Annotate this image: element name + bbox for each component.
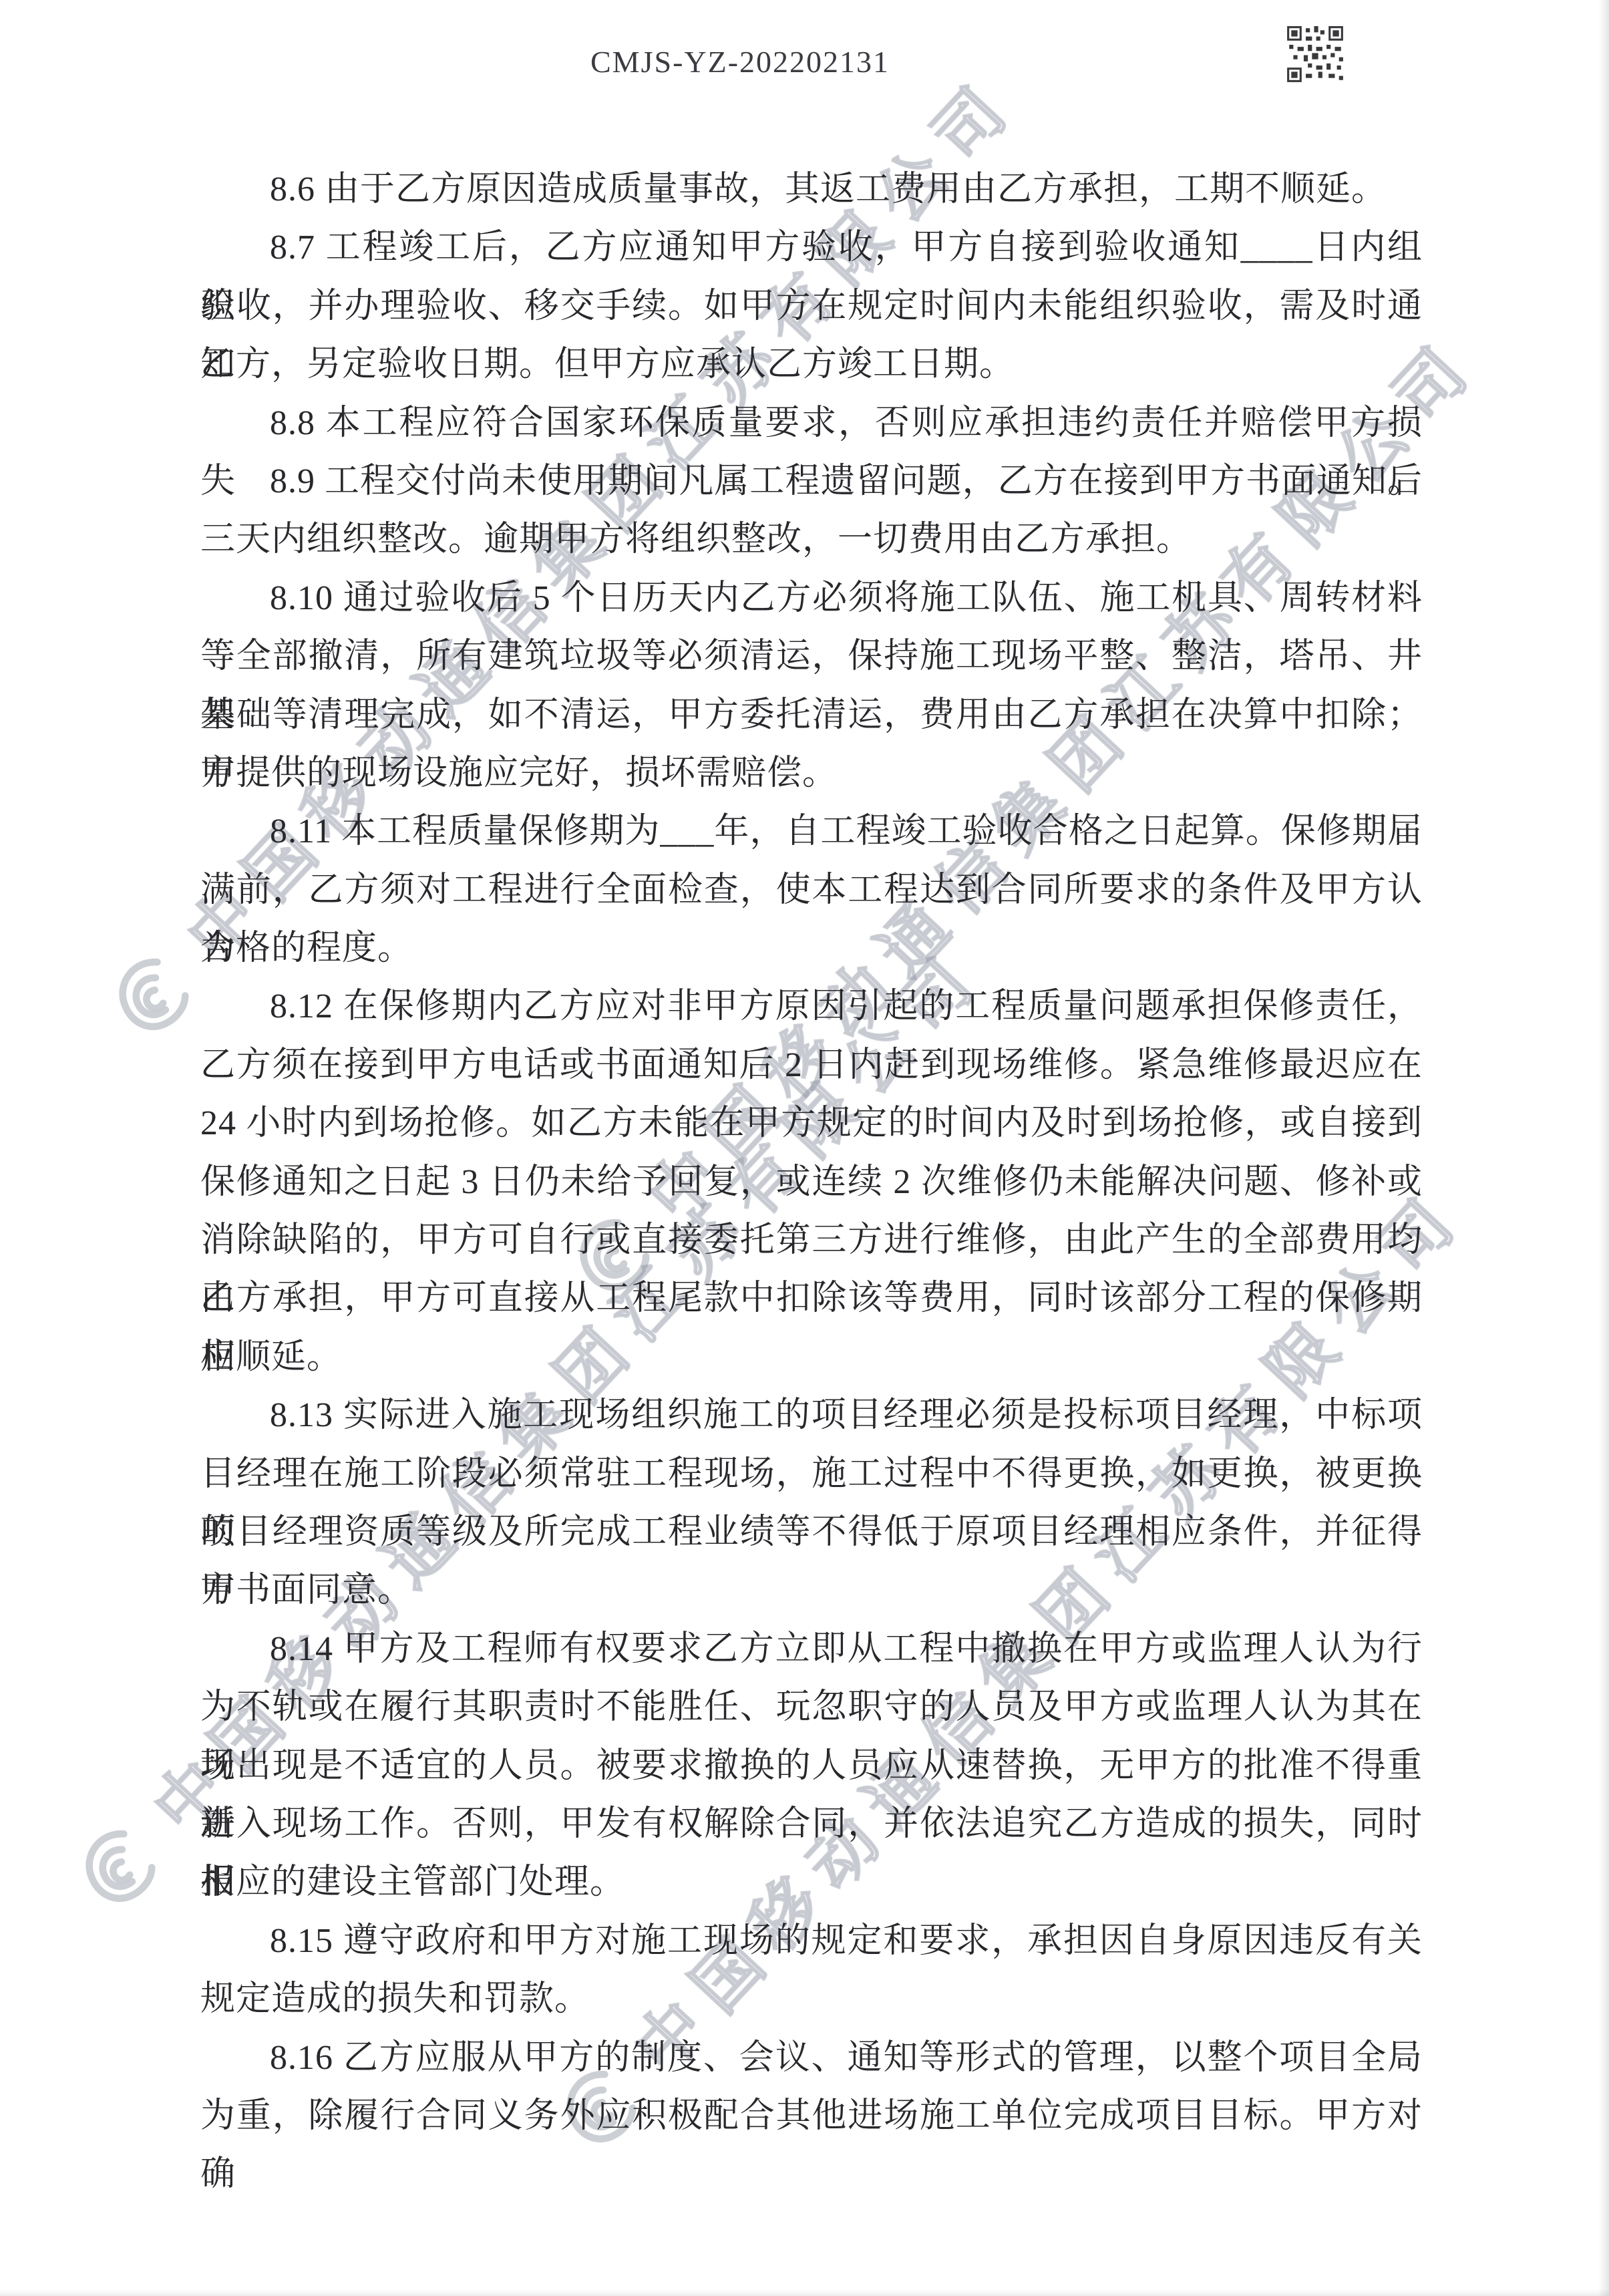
- contract-line: 8.14 甲方及工程师有权要求乙方立即从工程中撤换在甲方或监理人认为行: [200, 1620, 1423, 1678]
- contract-line: 满前，乙方须对工程进行全面检查，使本工程达到合同所要求的条件及甲方认为: [200, 861, 1423, 919]
- contract-line: 场出现是不适宜的人员。被要求撤换的人员应从速替换，无甲方的批准不得重新: [200, 1737, 1423, 1795]
- contract-line: 基础等清理完成，如不清运，甲方委托清运，费用由乙方承担在决算中扣除；甲: [200, 686, 1423, 744]
- contract-line: 8.15 遵守政府和甲方对施工现场的规定和要求，承担因自身原因违反有关: [200, 1912, 1423, 1970]
- contract-line: 等全部撤清，所有建筑垃圾等必须清运，保持施工现场平整、整洁，塔吊、井架: [200, 627, 1423, 685]
- contract-line: 8.11 本工程质量保修期为___年，自工程竣工验收合格之日起算。保修期届: [200, 802, 1423, 860]
- contract-line: 8.12 在保修期内乙方应对非甲方原因引起的工程质量问题承担保修责任，: [200, 977, 1423, 1035]
- contract-line: 乙方须在接到甲方电话或书面通知后 2 日内赶到现场维修。紧急维修最迟应在: [200, 1036, 1423, 1094]
- contract-line: 规定造成的损失和罚款。: [200, 1970, 1423, 2028]
- contract-line: 验收，并办理验收、移交手续。如甲方在规定时间内未能组织验收，需及时通知: [200, 277, 1423, 335]
- contract-line: 8.13 实际进入施工现场组织施工的项目经理必须是投标项目经理，中标项: [200, 1386, 1423, 1444]
- contract-line: 目经理在施工阶段必须常驻工程现场，施工过程中不得更换，如更换，被更换的: [200, 1445, 1423, 1503]
- contract-line: 乙方承担，甲方可直接从工程尾款中扣除该等费用，同时该部分工程的保修期相: [200, 1269, 1423, 1327]
- contract-line: 乙方，另定验收日期。但甲方应承认乙方竣工日期。: [200, 335, 1423, 393]
- contract-line: 方书面同意。: [200, 1561, 1423, 1619]
- contract-line: 8.7 工程竣工后，乙方应通知甲方验收，甲方自接到验收通知____日内组织: [200, 218, 1423, 277]
- contract-line: 8.16 乙方应服从甲方的制度、会议、通知等形式的管理，以整个项目全局: [200, 2029, 1423, 2087]
- contract-line: 三天内组织整改。逾期甲方将组织整改，一切费用由乙方承担。: [200, 510, 1423, 568]
- contract-line: 相应的建设主管部门处理。: [200, 1853, 1423, 1911]
- document-code: CMJS-YZ-202202131: [590, 44, 890, 79]
- qr-code: [1284, 24, 1347, 84]
- contract-line: 进入现场工作。否则，甲发有权解除合同，并依法追究乙方造成的损失，同时报: [200, 1795, 1423, 1853]
- contract-body: 8.6 由于乙方原因造成质量事故，其返工费用由乙方承担，工期不顺延。8.7 工程…: [200, 160, 1423, 2145]
- contract-line: 消除缺陷的，甲方可自行或直接委托第三方进行维修，由此产生的全部费用均由: [200, 1211, 1423, 1269]
- contract-line: 8.6 由于乙方原因造成质量事故，其返工费用由乙方承担，工期不顺延。: [200, 160, 1423, 218]
- china-mobile-logo-icon: [98, 935, 210, 1047]
- contract-line: 8.8 本工程应符合国家环保质量要求，否则应承担违约责任并赔偿甲方损失。: [200, 394, 1423, 452]
- contract-line: 为重，除履行合同义务外应积极配合其他进场施工单位完成项目目标。甲方对确: [200, 2087, 1423, 2145]
- contract-line: 方提供的现场设施应完好，损坏需赔偿。: [200, 744, 1423, 802]
- contract-line: 8.9 工程交付尚未使用期间凡属工程遗留问题，乙方在接到甲方书面通知后: [200, 452, 1423, 510]
- contract-line: 应顺延。: [200, 1328, 1423, 1386]
- contract-line: 为不轨或在履行其职责时不能胜任、玩忽职守的人员及甲方或监理人认为其在现: [200, 1678, 1423, 1736]
- contract-line: 8.10 通过验收后 5 个日历天内乙方必须将施工队伍、施工机具、周转材料: [200, 569, 1423, 627]
- contract-line: 合格的程度。: [200, 919, 1423, 977]
- contract-line: 24 小时内到场抢修。如乙方未能在甲方规定的时间内及时到场抢修，或自接到: [200, 1094, 1423, 1152]
- contract-page: 中国移动通信集团江苏有限公司 中国移动通信集团江苏有限公司 中国移动通信集团: [0, 0, 1609, 2296]
- contract-line: 项目经理资质等级及所完成工程业绩等不得低于原项目经理相应条件，并征得甲: [200, 1503, 1423, 1561]
- china-mobile-logo-icon: [65, 1807, 176, 1919]
- contract-line: 保修通知之日起 3 日仍未给予回复，或连续 2 次维修仍未能解决问题、修补或: [200, 1153, 1423, 1211]
